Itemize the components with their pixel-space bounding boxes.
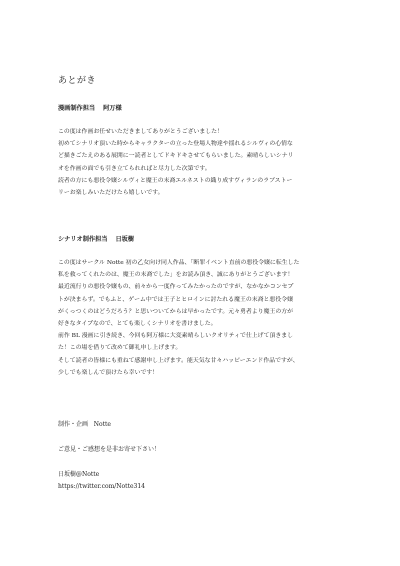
body-line: オを作画の面でも引き立てられればと尽力した次第です。 xyxy=(58,163,348,175)
body-line: ど描きごたえのある展開に一読者としてドキドキさせてもらいました。素晴らしいシナリ xyxy=(58,150,348,162)
page-title: あとがき xyxy=(58,73,96,86)
section-title: 漫画制作担当阿万様 xyxy=(58,105,348,113)
body-line: この度はサークル Notte 初の乙女向け同人作品、「断罪イベント直前の悪役令嬢… xyxy=(58,257,348,269)
section-scenario-writer: シナリオ制作担当日坂樹 この度はサークル Notte 初の乙女向け同人作品、「断… xyxy=(58,236,348,379)
body-line: 最近流行りの悪役令嬢もの、前々から一度作ってみたかったのですが、なかなかコンセプ xyxy=(58,281,348,293)
twitter-link[interactable]: https://twitter.com/Notte314 xyxy=(58,483,145,490)
section-body: この度はサークル Notte 初の乙女向け同人作品、「断罪イベント直前の悪役令嬢… xyxy=(58,257,348,379)
body-line: た！この場を借りて改めて御礼申し上げます。 xyxy=(58,342,348,354)
credit-label: 制作・企画 xyxy=(58,421,88,428)
section-manga-artist: 漫画制作担当阿万様 この度は作画お任せいただきましてありがとうございました！ 初… xyxy=(58,105,348,199)
author-handle: 日坂樹@Notte xyxy=(58,469,348,481)
section-person: 阿万様 xyxy=(103,105,122,112)
body-line: がくっつくのはどうだろう？と思いついてからは早かったです。元々勇者より魔王の方が xyxy=(58,306,348,318)
body-line: この度は作画お任せいただきましてありがとうございました！ xyxy=(58,126,348,138)
body-line: 前作 BL 漫画に引き続き、今回も阿万様に大変素晴らしいクオリティで仕上げて頂き… xyxy=(58,330,348,342)
body-line: 少しでも楽しんで頂けたら幸いです！ xyxy=(58,367,348,379)
body-line: そして読者の皆様にも重ねて感謝申し上げます。能天気な甘々ハッピーエンド作品ですが… xyxy=(58,355,348,367)
section-body: この度は作画お任せいただきましてありがとうございました！ 初めてシナリオ頂いた時… xyxy=(58,126,348,199)
body-line: 読者の方にも悪役令嬢シルヴィと魔王の末裔エルネストの織り成すヴィランのラブストー xyxy=(58,175,348,187)
afterword-page: あとがき 漫画制作担当阿万様 この度は作画お任せいただきましてありがとうございま… xyxy=(0,0,400,566)
body-line: 私を救ってくれたのは、魔王の末裔でした」をお読み頂き、誠にありがとうございます！ xyxy=(58,269,348,281)
production-credit: 制作・企画 Notte xyxy=(58,419,348,431)
body-line: 好きなタイプなので、とても楽しくシナリオを書けました。 xyxy=(58,318,348,330)
credits-footer: 制作・企画 Notte ご意見・ご感想を是非お寄せ下さい！ 日坂樹@Notte … xyxy=(58,419,348,493)
body-line: リーお楽しみいただけたら嬉しいです。 xyxy=(58,187,348,199)
section-role: 漫画制作担当 xyxy=(58,105,95,112)
body-line: トが決まらず。でもふと、ゲーム中では王子とヒロインに討たれる魔王の末裔と悪役令嬢 xyxy=(58,294,348,306)
section-person: 日坂樹 xyxy=(115,236,134,243)
section-title: シナリオ制作担当日坂樹 xyxy=(58,236,348,244)
credit-name: Notte xyxy=(94,421,111,428)
body-line: 初めてシナリオ頂いた時からキャラクターの立った登場人物達や揺れるシルヴィの心情な xyxy=(58,138,348,150)
section-role: シナリオ制作担当 xyxy=(58,236,107,243)
feedback-request: ご意見・ご感想を是非お寄せ下さい！ xyxy=(58,444,348,456)
